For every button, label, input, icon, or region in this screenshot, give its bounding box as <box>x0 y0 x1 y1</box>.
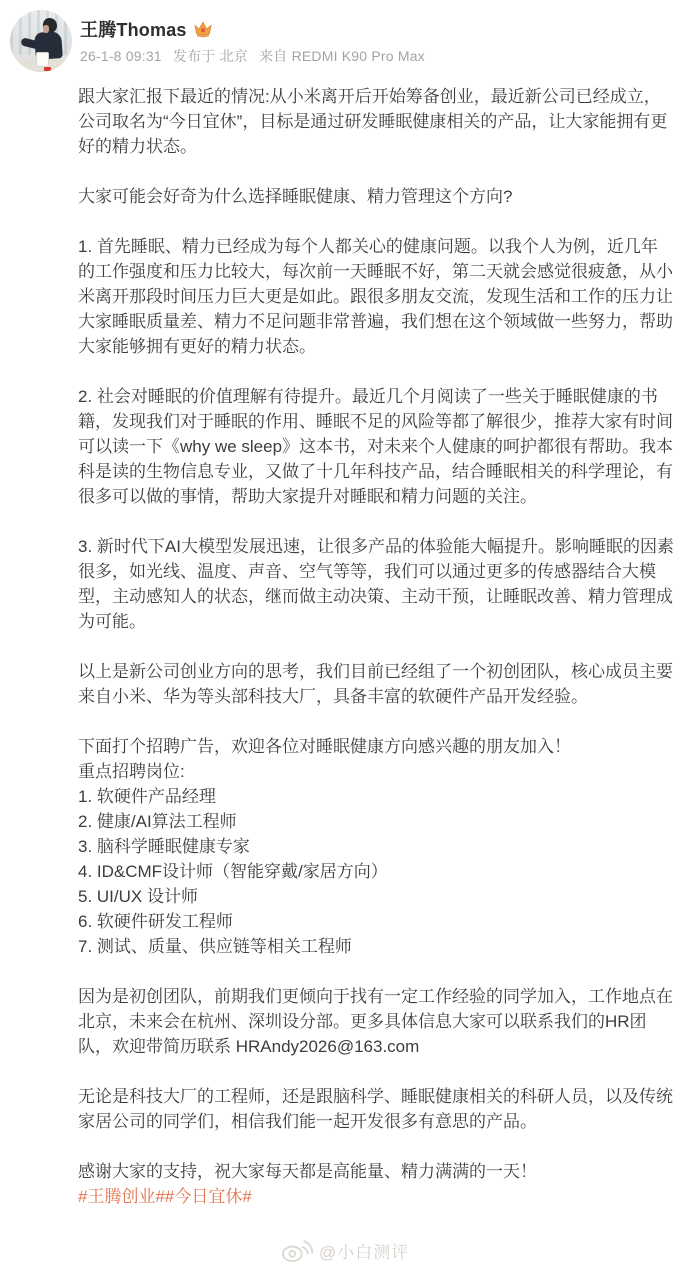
post-paragraph: 6. 软硬件研发工程师 <box>78 909 674 934</box>
weibo-icon <box>280 1236 314 1264</box>
weibo-post: 王腾Thomas 26-1-8 09:31 发布于 北京 来自 REDMI K9… <box>0 0 690 1273</box>
post-body: 跟大家汇报下最近的情况:从小米离开后开始筹备创业，最近新公司已经成立，公司取名为… <box>78 84 674 1209</box>
watermark-handle: @小白测评 <box>319 1238 409 1263</box>
post-paragraph: 5. UI/UX 设计师 <box>78 884 674 909</box>
watermark: @小白测评 <box>280 1236 409 1264</box>
post-device[interactable]: 来自 REDMI K90 Pro Max <box>259 48 425 64</box>
post-paragraph: 以上是新公司创业方向的思考，我们目前已经组了一个初创团队，核心成员主要来自小米、… <box>78 659 674 709</box>
username[interactable]: 王腾Thomas <box>80 16 187 42</box>
post-paragraph: 3. 脑科学睡眠健康专家 <box>78 834 674 859</box>
post-paragraph: 无论是科技大厂的工程师，还是跟脑科学、睡眠健康相关的科研人员，以及传统家居公司的… <box>78 1084 674 1134</box>
post-paragraph: 4. ID&CMF设计师（智能穿戴/家居方向） <box>78 859 674 884</box>
avatar[interactable] <box>10 10 72 72</box>
post-paragraph: 跟大家汇报下最近的情况:从小米离开后开始筹备创业，最近新公司已经成立，公司取名为… <box>78 84 674 159</box>
post-meta: 26-1-8 09:31 发布于 北京 来自 REDMI K90 Pro Max <box>80 46 432 66</box>
avatar-photo-face <box>43 25 49 33</box>
avatar-photo-mug <box>36 52 49 67</box>
post-paragraph: 下面打个招聘广告，欢迎各位对睡眠健康方向感兴趣的朋友加入！ <box>78 734 674 759</box>
hashtag-line[interactable]: #王腾创业##今日宜休# <box>78 1184 674 1209</box>
post-paragraph: 7. 测试、质量、供应链等相关工程师 <box>78 934 674 959</box>
post-paragraph: 大家可能会好奇为什么选择睡眠健康、精力管理这个方向? <box>78 184 674 209</box>
post-paragraph: 2. 社会对睡眠的价值理解有待提升。最近几个月阅读了一些关于睡眠健康的书籍，发现… <box>78 384 674 509</box>
avatar-photo-logo <box>44 67 51 71</box>
vip-crown-icon[interactable] <box>193 20 213 38</box>
post-time: 26-1-8 09:31 <box>80 48 162 64</box>
post-paragraph: 3. 新时代下AI大模型发展迅速，让很多产品的体验能大幅提升。影响睡眠的因素很多… <box>78 534 674 634</box>
post-paragraph: 2. 健康/AI算法工程师 <box>78 809 674 834</box>
post-paragraph: 1. 首先睡眠、精力已经成为每个人都关心的健康问题。以我个人为例，近几年的工作强… <box>78 234 674 359</box>
post-source: 发布于 北京 <box>173 48 248 64</box>
post-paragraph: 1. 软硬件产品经理 <box>78 784 674 809</box>
username-row: 王腾Thomas <box>80 16 213 42</box>
post-paragraph: 重点招聘岗位: <box>78 759 674 784</box>
post-paragraph: 感谢大家的支持，祝大家每天都是高能量、精力满满的一天！ <box>78 1159 674 1184</box>
post-paragraph: 因为是初创团队，前期我们更倾向于找有一定工作经验的同学加入，工作地点在北京，未来… <box>78 984 674 1059</box>
